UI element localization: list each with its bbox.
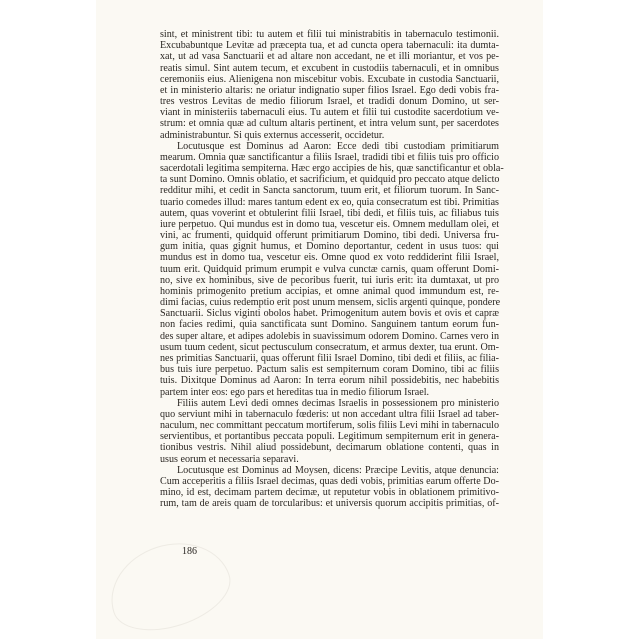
page-body-text: sint, et ministrent tibi: tu autem et fi… bbox=[160, 29, 499, 509]
text-line: des super altare, et adipes adolebis in … bbox=[160, 331, 499, 342]
text-line: bus tuis iure perpetuo. Pactum salis est… bbox=[160, 364, 499, 375]
text-line: tuum erit. Quidquid primum erumpit e vul… bbox=[160, 264, 499, 275]
text-line: reatis simul. Sint autem tecum, et excub… bbox=[160, 63, 499, 74]
text-line: partem inter eos: ego pars et hereditas … bbox=[160, 387, 499, 398]
text-line: Filiis autem Levi dedi omnes decimas Isr… bbox=[160, 398, 499, 409]
text-line: servientibus, et portantibus peccata pop… bbox=[160, 431, 499, 442]
paragraph: Filiis autem Levi dedi omnes decimas Isr… bbox=[160, 398, 499, 465]
text-line: administrabuntur. Si quis externus acces… bbox=[160, 130, 499, 141]
text-line: iure perpetuo. Qui mundus est in domo tu… bbox=[160, 219, 499, 230]
text-line: Cum acceperitis a filiis Israel decimas,… bbox=[160, 476, 499, 487]
text-line: sint, et ministrent tibi: tu autem et fi… bbox=[160, 29, 499, 40]
text-line: Locutusque est Dominus ad Moysen, dicens… bbox=[160, 465, 499, 476]
page-number: 186 bbox=[182, 546, 197, 557]
text-line: usum tuum cedent, sicut pectusculum cons… bbox=[160, 342, 499, 353]
text-line: Excubabuntque Levitæ ad præcepta tua, et… bbox=[160, 40, 499, 51]
text-line: nes primitias Sanctuarii, quas offerunt … bbox=[160, 353, 499, 364]
text-line: Sanctuarii. Siclus viginti obolos habet.… bbox=[160, 308, 499, 319]
text-line: usus eorum et necessaria separavi. bbox=[160, 454, 499, 465]
text-line: hominis primogenito pretium accipias, et… bbox=[160, 286, 499, 297]
text-line: tuario comedes illud: mares tantum edent… bbox=[160, 197, 499, 208]
text-line: dimi facias, cuius redemptio erit post u… bbox=[160, 297, 499, 308]
text-line: strum: et omnia quæ ad cultum altaris pe… bbox=[160, 118, 499, 129]
text-line: ceremoniis eius. Alienigena non miscebit… bbox=[160, 74, 499, 85]
text-line: mino, id est, decimam partem decimæ, ut … bbox=[160, 487, 499, 498]
text-line: ta sunt Domino. Omnis oblatio, et sacrif… bbox=[160, 174, 499, 185]
paragraph: sint, et ministrent tibi: tu autem et fi… bbox=[160, 29, 499, 141]
paragraph: Locutusque est Dominus ad Aaron: Ecce de… bbox=[160, 141, 499, 398]
text-line: sacerdotali legitima sempiterna. Hæc erg… bbox=[160, 163, 499, 174]
text-line: vini, ac frumenti, quidquid offerunt pri… bbox=[160, 230, 499, 241]
text-line: non facies redimi, quia sanctificata sun… bbox=[160, 319, 499, 330]
text-line: redditur mihi, et cedit in Sancta sancto… bbox=[160, 185, 499, 196]
text-line: Locutusque est Dominus ad Aaron: Ecce de… bbox=[160, 141, 499, 152]
text-line: tres vestros Levitas de medio filiorum I… bbox=[160, 96, 499, 107]
text-line: mundus est in domo tua, vescetur eis. Om… bbox=[160, 252, 499, 263]
text-line: mearum. Omnia quæ sanctificantur a filii… bbox=[160, 152, 499, 163]
text-line: no, sive ex hominibus, sive de pecoribus… bbox=[160, 275, 499, 286]
text-line: et in ministerio altaris: ne oriatur ind… bbox=[160, 85, 499, 96]
text-line: viant in ministeriis tabernaculi eius. T… bbox=[160, 107, 499, 118]
text-line: tuis. Dixitque Dominus ad Aaron: In terr… bbox=[160, 375, 499, 386]
paragraph: Locutusque est Dominus ad Moysen, dicens… bbox=[160, 465, 499, 510]
text-line: autem, quas voverint et obtulerint filii… bbox=[160, 208, 499, 219]
text-line: quo serviunt mihi in tabernaculo fœderis… bbox=[160, 409, 499, 420]
text-line: tionibus vestris. Nihil aliud possidebun… bbox=[160, 442, 499, 453]
text-line: rum, tam de areis quam de torcularibus: … bbox=[160, 498, 499, 509]
text-line: naculum, nec committant peccatum mortife… bbox=[160, 420, 499, 431]
text-line: gum initia, quas gignit humus, et Domino… bbox=[160, 241, 499, 252]
text-line: xat, ut ad vasa Sanctuarii et ad altare … bbox=[160, 51, 499, 62]
